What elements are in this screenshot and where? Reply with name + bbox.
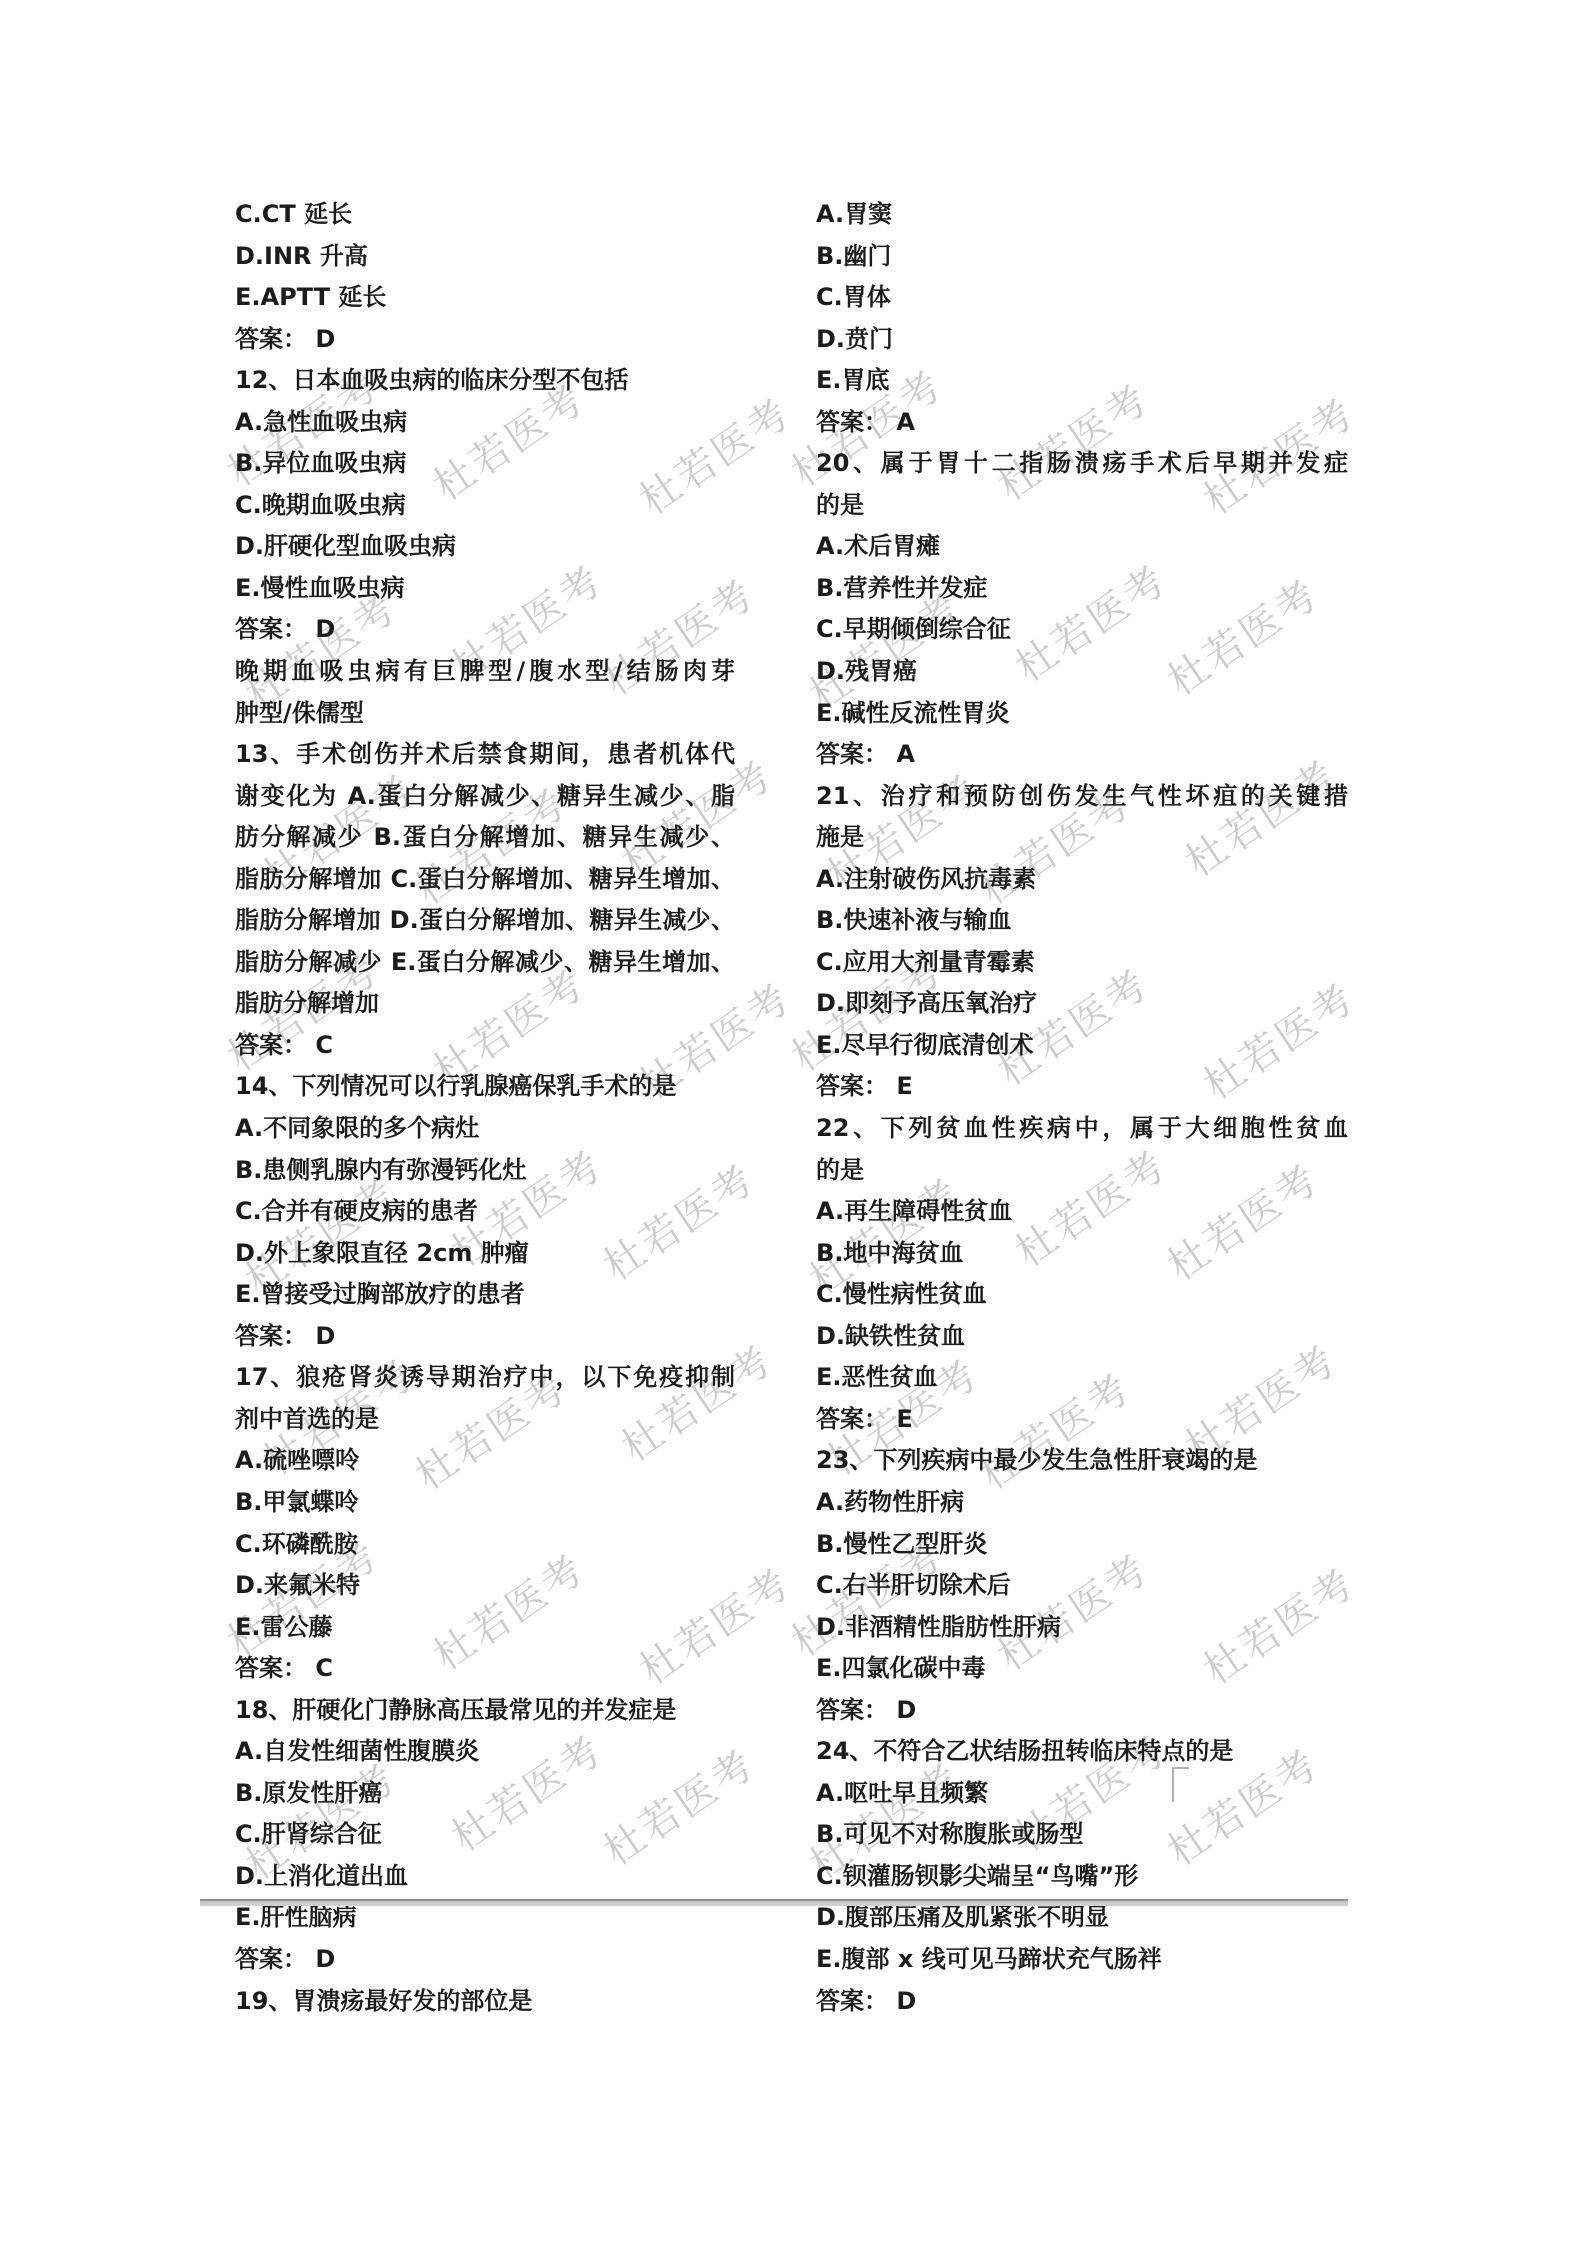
right-column-line-3: C.胃体 <box>816 277 1348 319</box>
right-column-line-9: A.术后胃瘫 <box>816 526 1348 568</box>
right-column-line-17: A.注射破伤风抗毒素 <box>816 859 1348 901</box>
left-column-line-28: 答案： D <box>235 1316 735 1358</box>
right-column-line-21: E.尽早行彻底清创术 <box>816 1025 1348 1067</box>
left-column-line-12: 晚期血吸虫病有巨脾型/腹水型/结肠肉芽 <box>235 651 735 693</box>
left-column-line-29: 17、狼疮肾炎诱导期治疗中，以下免疫抑制 <box>235 1357 735 1399</box>
right-column-line-28: D.缺铁性贫血 <box>816 1316 1348 1358</box>
left-column-line-21: 答案： C <box>235 1025 735 1067</box>
left-column-line-1: C.CT 延长 <box>235 194 735 236</box>
right-column-line-10: B.营养性并发症 <box>816 568 1348 610</box>
left-column-line-39: B.原发性肝癌 <box>235 1773 735 1815</box>
right-column-line-15: 21、治疗和预防创伤发生气性坏疽的关键措 <box>816 776 1348 818</box>
left-column-line-6: A.急性血吸虫病 <box>235 402 735 444</box>
right-column-line-12: D.残胃癌 <box>816 651 1348 693</box>
right-column-line-40: B.可见不对称腹胀或肠型 <box>816 1814 1348 1856</box>
left-column-line-13: 肿型/侏儒型 <box>235 693 735 735</box>
left-column-line-4: 答案： D <box>235 319 735 361</box>
right-column-line-36: E.四氯化碳中毒 <box>816 1648 1348 1690</box>
crop-corner-mark <box>1172 1767 1189 1802</box>
left-column-line-24: B.患侧乳腺内有弥漫钙化灶 <box>235 1150 735 1192</box>
right-column-line-26: B.地中海贫血 <box>816 1233 1348 1275</box>
left-column-line-16: 肪分解减少 B.蛋白分解增加、糖异生减少、 <box>235 817 735 859</box>
document-page: 杜若医考杜若医考杜若医考杜若医考杜若医考杜若医考杜若医考杜若医考杜若医考杜若医考… <box>0 0 1587 2245</box>
right-column-line-16: 施是 <box>816 817 1348 859</box>
left-column-line-38: A.自发性细菌性腹膜炎 <box>235 1731 735 1773</box>
left-column-line-8: C.晚期血吸虫病 <box>235 485 735 527</box>
right-column-line-34: C.右半肝切除术后 <box>816 1565 1348 1607</box>
right-column-line-25: A.再生障碍性贫血 <box>816 1191 1348 1233</box>
left-column-line-27: E.曾接受过胸部放疗的患者 <box>235 1274 735 1316</box>
left-column-line-40: C.肝肾综合征 <box>235 1814 735 1856</box>
right-column-line-38: 24、不符合乙状结肠扭转临床特点的是 <box>816 1731 1348 1773</box>
right-column-line-27: C.慢性病性贫血 <box>816 1274 1348 1316</box>
right-column-line-33: B.慢性乙型肝炎 <box>816 1524 1348 1566</box>
left-column-line-34: D.来氟米特 <box>235 1565 735 1607</box>
right-column-line-24: 的是 <box>816 1150 1348 1192</box>
right-column-line-23: 22、下列贫血性疾病中，属于大细胞性贫血 <box>816 1108 1348 1150</box>
left-column-line-10: E.慢性血吸虫病 <box>235 568 735 610</box>
right-column-line-20: D.即刻予高压氧治疗 <box>816 983 1348 1025</box>
left-column-line-18: 脂肪分解增加 D.蛋白分解增加、糖异生减少、 <box>235 900 735 942</box>
left-column-line-44: 19、胃溃疡最好发的部位是 <box>235 1981 735 2023</box>
right-column-line-14: 答案： A <box>816 734 1348 776</box>
right-column-line-32: A.药物性肝病 <box>816 1482 1348 1524</box>
left-column-line-30: 剂中首选的是 <box>235 1399 735 1441</box>
left-column-line-2: D.INR 升高 <box>235 236 735 278</box>
right-column-line-29: E.恶性贫血 <box>816 1357 1348 1399</box>
left-column-line-36: 答案： C <box>235 1648 735 1690</box>
left-column-line-25: C.合并有硬皮病的患者 <box>235 1191 735 1233</box>
page-divider-line <box>200 1899 1348 1906</box>
left-column-line-33: C.环磷酰胺 <box>235 1524 735 1566</box>
left-column-line-26: D.外上象限直径 2cm 肿瘤 <box>235 1233 735 1275</box>
right-column-line-8: 的是 <box>816 485 1348 527</box>
left-column-line-17: 脂肪分解增加 C.蛋白分解增加、糖异生增加、 <box>235 859 735 901</box>
left-column-line-7: B.异位血吸虫病 <box>235 443 735 485</box>
right-column-line-44: 答案： D <box>816 1981 1348 2023</box>
column-left: C.CT 延长D.INR 升高E.APTT 延长答案： D12、日本血吸虫病的临… <box>235 194 735 2022</box>
right-column-line-7: 20、属于胃十二指肠溃疡手术后早期并发症 <box>816 443 1348 485</box>
left-column-line-3: E.APTT 延长 <box>235 277 735 319</box>
right-column-line-37: 答案： D <box>816 1690 1348 1732</box>
right-column-line-19: C.应用大剂量青霉素 <box>816 942 1348 984</box>
right-column-line-13: E.碱性反流性胃炎 <box>816 693 1348 735</box>
right-column-line-30: 答案： E <box>816 1399 1348 1441</box>
left-column-line-19: 脂肪分解减少 E.蛋白分解减少、糖异生增加、 <box>235 942 735 984</box>
left-column-line-23: A.不同象限的多个病灶 <box>235 1108 735 1150</box>
left-column-line-9: D.肝硬化型血吸虫病 <box>235 526 735 568</box>
right-column-line-2: B.幽门 <box>816 236 1348 278</box>
left-column-line-35: E.雷公藤 <box>235 1607 735 1649</box>
left-column-line-32: B.甲氯蝶呤 <box>235 1482 735 1524</box>
right-column-line-5: E.胃底 <box>816 360 1348 402</box>
right-column-line-6: 答案： A <box>816 402 1348 444</box>
right-column-line-22: 答案： E <box>816 1066 1348 1108</box>
right-column-line-39: A.呕吐早且频繁 <box>816 1773 1348 1815</box>
left-column-line-43: 答案： D <box>235 1939 735 1981</box>
left-column-line-20: 脂肪分解增加 <box>235 983 735 1025</box>
left-column-line-11: 答案： D <box>235 609 735 651</box>
left-column-line-14: 13、手术创伤并术后禁食期间，患者机体代 <box>235 734 735 776</box>
column-right: A.胃窦B.幽门C.胃体D.贲门E.胃底答案： A20、属于胃十二指肠溃疡手术后… <box>816 194 1348 2022</box>
right-column-line-18: B.快速补液与输血 <box>816 900 1348 942</box>
right-column-line-11: C.早期倾倒综合征 <box>816 609 1348 651</box>
left-column-line-41: D.上消化道出血 <box>235 1856 735 1898</box>
left-column-line-37: 18、肝硬化门静脉高压最常见的并发症是 <box>235 1690 735 1732</box>
right-column-line-1: A.胃窦 <box>816 194 1348 236</box>
right-column-line-31: 23、下列疾病中最少发生急性肝衰竭的是 <box>816 1440 1348 1482</box>
right-column-line-4: D.贲门 <box>816 319 1348 361</box>
left-column-line-5: 12、日本血吸虫病的临床分型不包括 <box>235 360 735 402</box>
left-column-line-31: A.硫唑嘌呤 <box>235 1440 735 1482</box>
left-column-line-15: 谢变化为 A.蛋白分解减少、糖异生减少、脂 <box>235 776 735 818</box>
right-column-line-41: C.钡灌肠钡影尖端呈“鸟嘴”形 <box>816 1856 1348 1898</box>
right-column-line-43: E.腹部 x 线可见马蹄状充气肠袢 <box>816 1939 1348 1981</box>
left-column-line-22: 14、下列情况可以行乳腺癌保乳手术的是 <box>235 1066 735 1108</box>
right-column-line-35: D.非酒精性脂肪性肝病 <box>816 1607 1348 1649</box>
